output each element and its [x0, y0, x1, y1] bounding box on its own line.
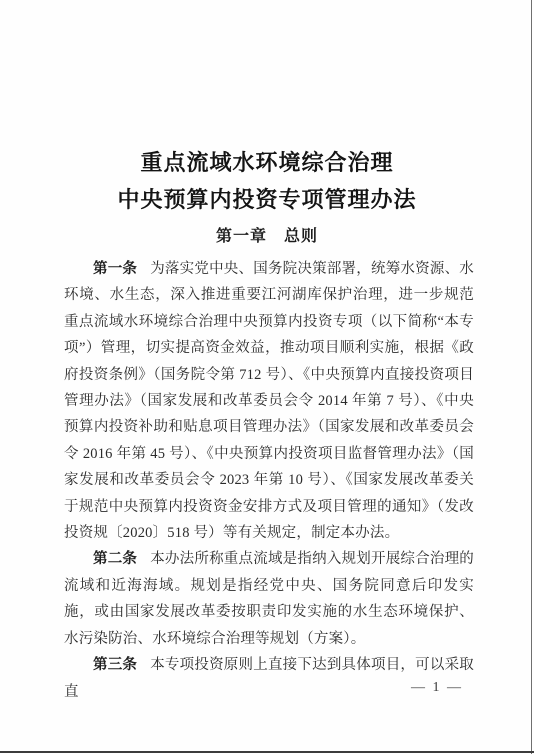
- article-label: 第一条: [93, 261, 137, 277]
- article-label: 第二条: [93, 551, 137, 567]
- document-title-line-2: 中央预算内投资专项管理办法: [0, 181, 534, 218]
- document-title: 重点流域水环境综合治理 中央预算内投资专项管理办法: [0, 0, 534, 218]
- article-paragraph: 第一条为落实党中央、国务院决策部署，统筹水资源、水环境、水生态，深入推进重要江河…: [64, 256, 474, 546]
- document-body: 第一条为落实党中央、国务院决策部署，统筹水资源、水环境、水生态，深入推进重要江河…: [64, 256, 474, 705]
- article-paragraph: 第三条本专项投资原则上直接下达到具体项目，可以采取直: [64, 652, 474, 705]
- document-title-line-1: 重点流域水环境综合治理: [0, 144, 534, 181]
- document-page: 重点流域水环境综合治理 中央预算内投资专项管理办法 第一章 总则 第一条为落实党…: [0, 0, 534, 754]
- page-number: — 1 —: [411, 680, 463, 696]
- article-text: 为落实党中央、国务院决策部署，统筹水资源、水环境、水生态，深入推进重要江河湖库保…: [64, 261, 474, 541]
- scan-edge-bottom: [0, 751, 534, 753]
- article-label: 第三条: [93, 657, 137, 673]
- scan-edge-right: [531, 0, 532, 754]
- article-paragraph: 第二条本办法所称重点流域是指纳入规划开展综合治理的流域和近海海域。规划是指经党中…: [64, 546, 474, 652]
- chapter-heading: 第一章 总则: [0, 227, 534, 247]
